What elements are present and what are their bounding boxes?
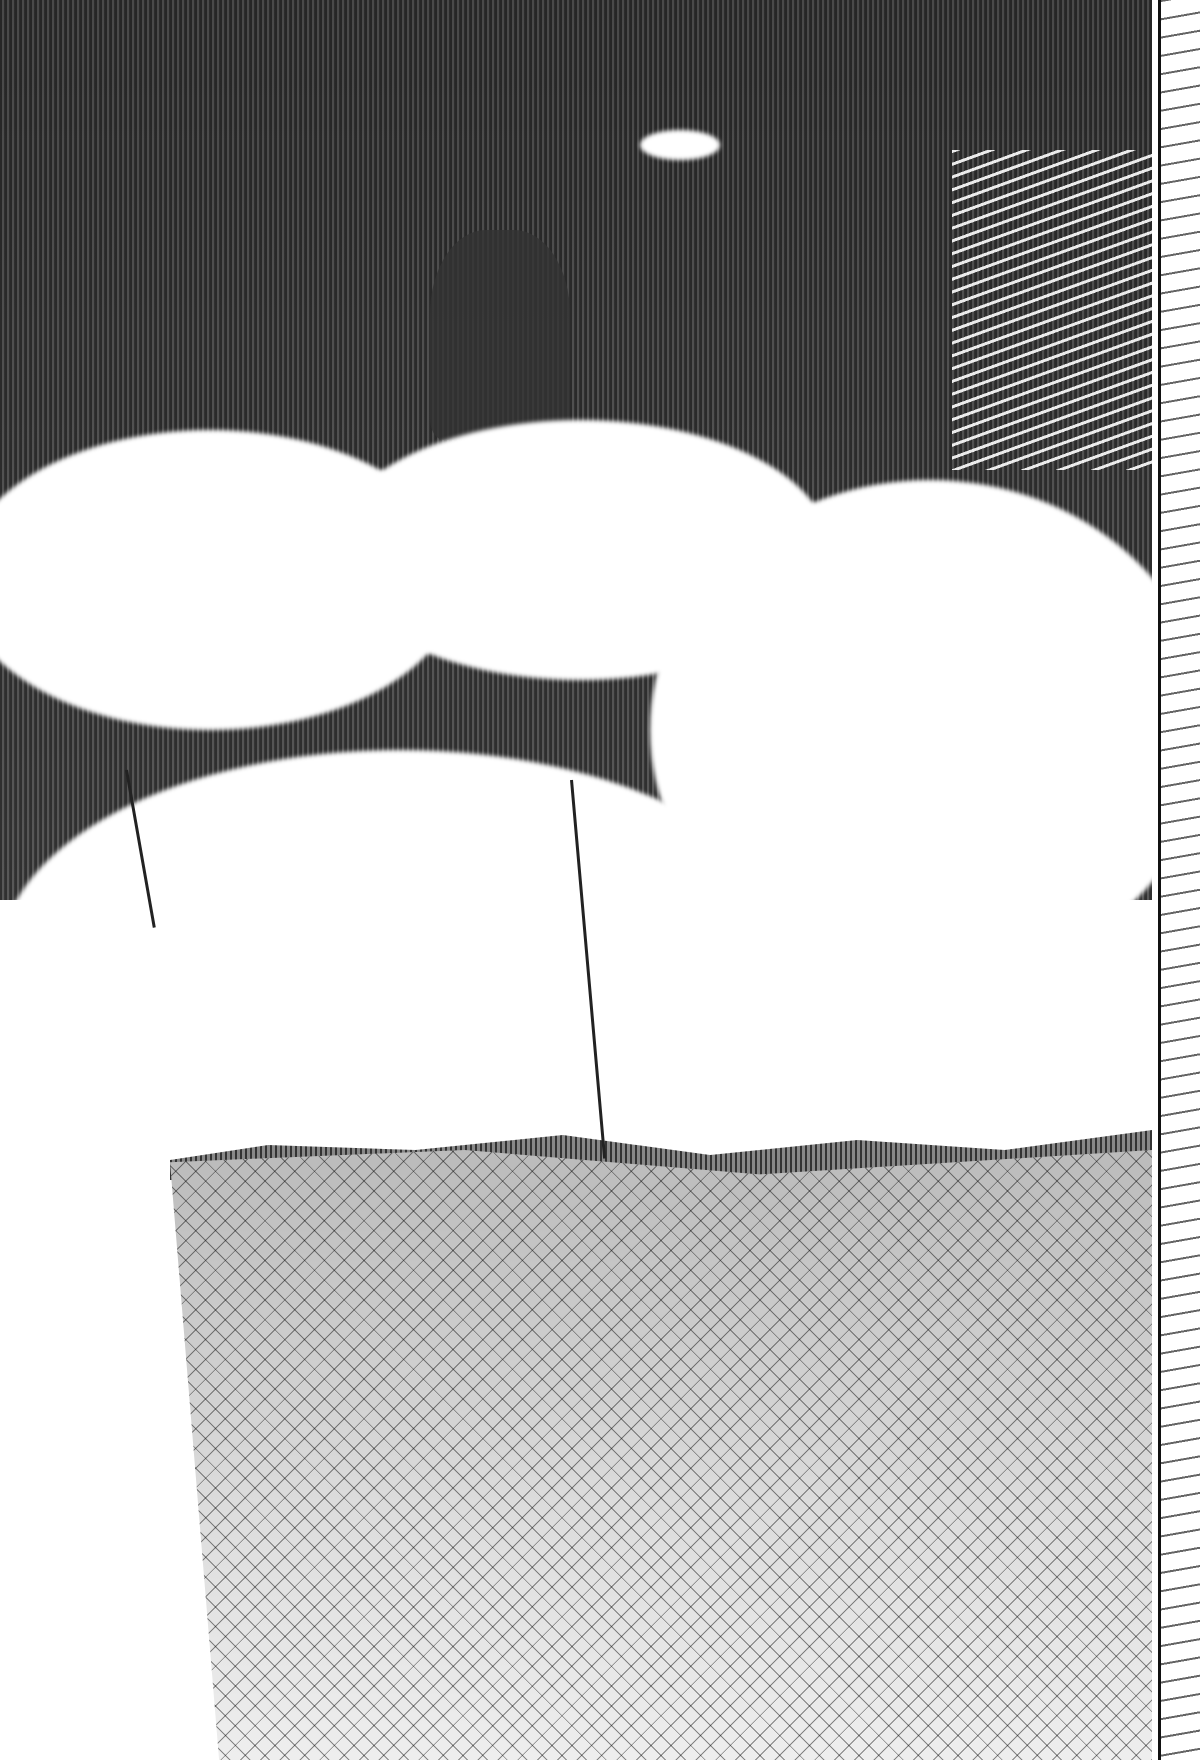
right-panel [1158, 0, 1200, 1760]
speed-lines [952, 150, 1152, 470]
speed-lines-strip [1161, 0, 1200, 1760]
main-panel [0, 0, 1152, 1760]
silhouette-figure [430, 230, 570, 440]
cloud [0, 750, 800, 1170]
cloud [640, 130, 720, 160]
crosshatched-ground [170, 1150, 1152, 1760]
